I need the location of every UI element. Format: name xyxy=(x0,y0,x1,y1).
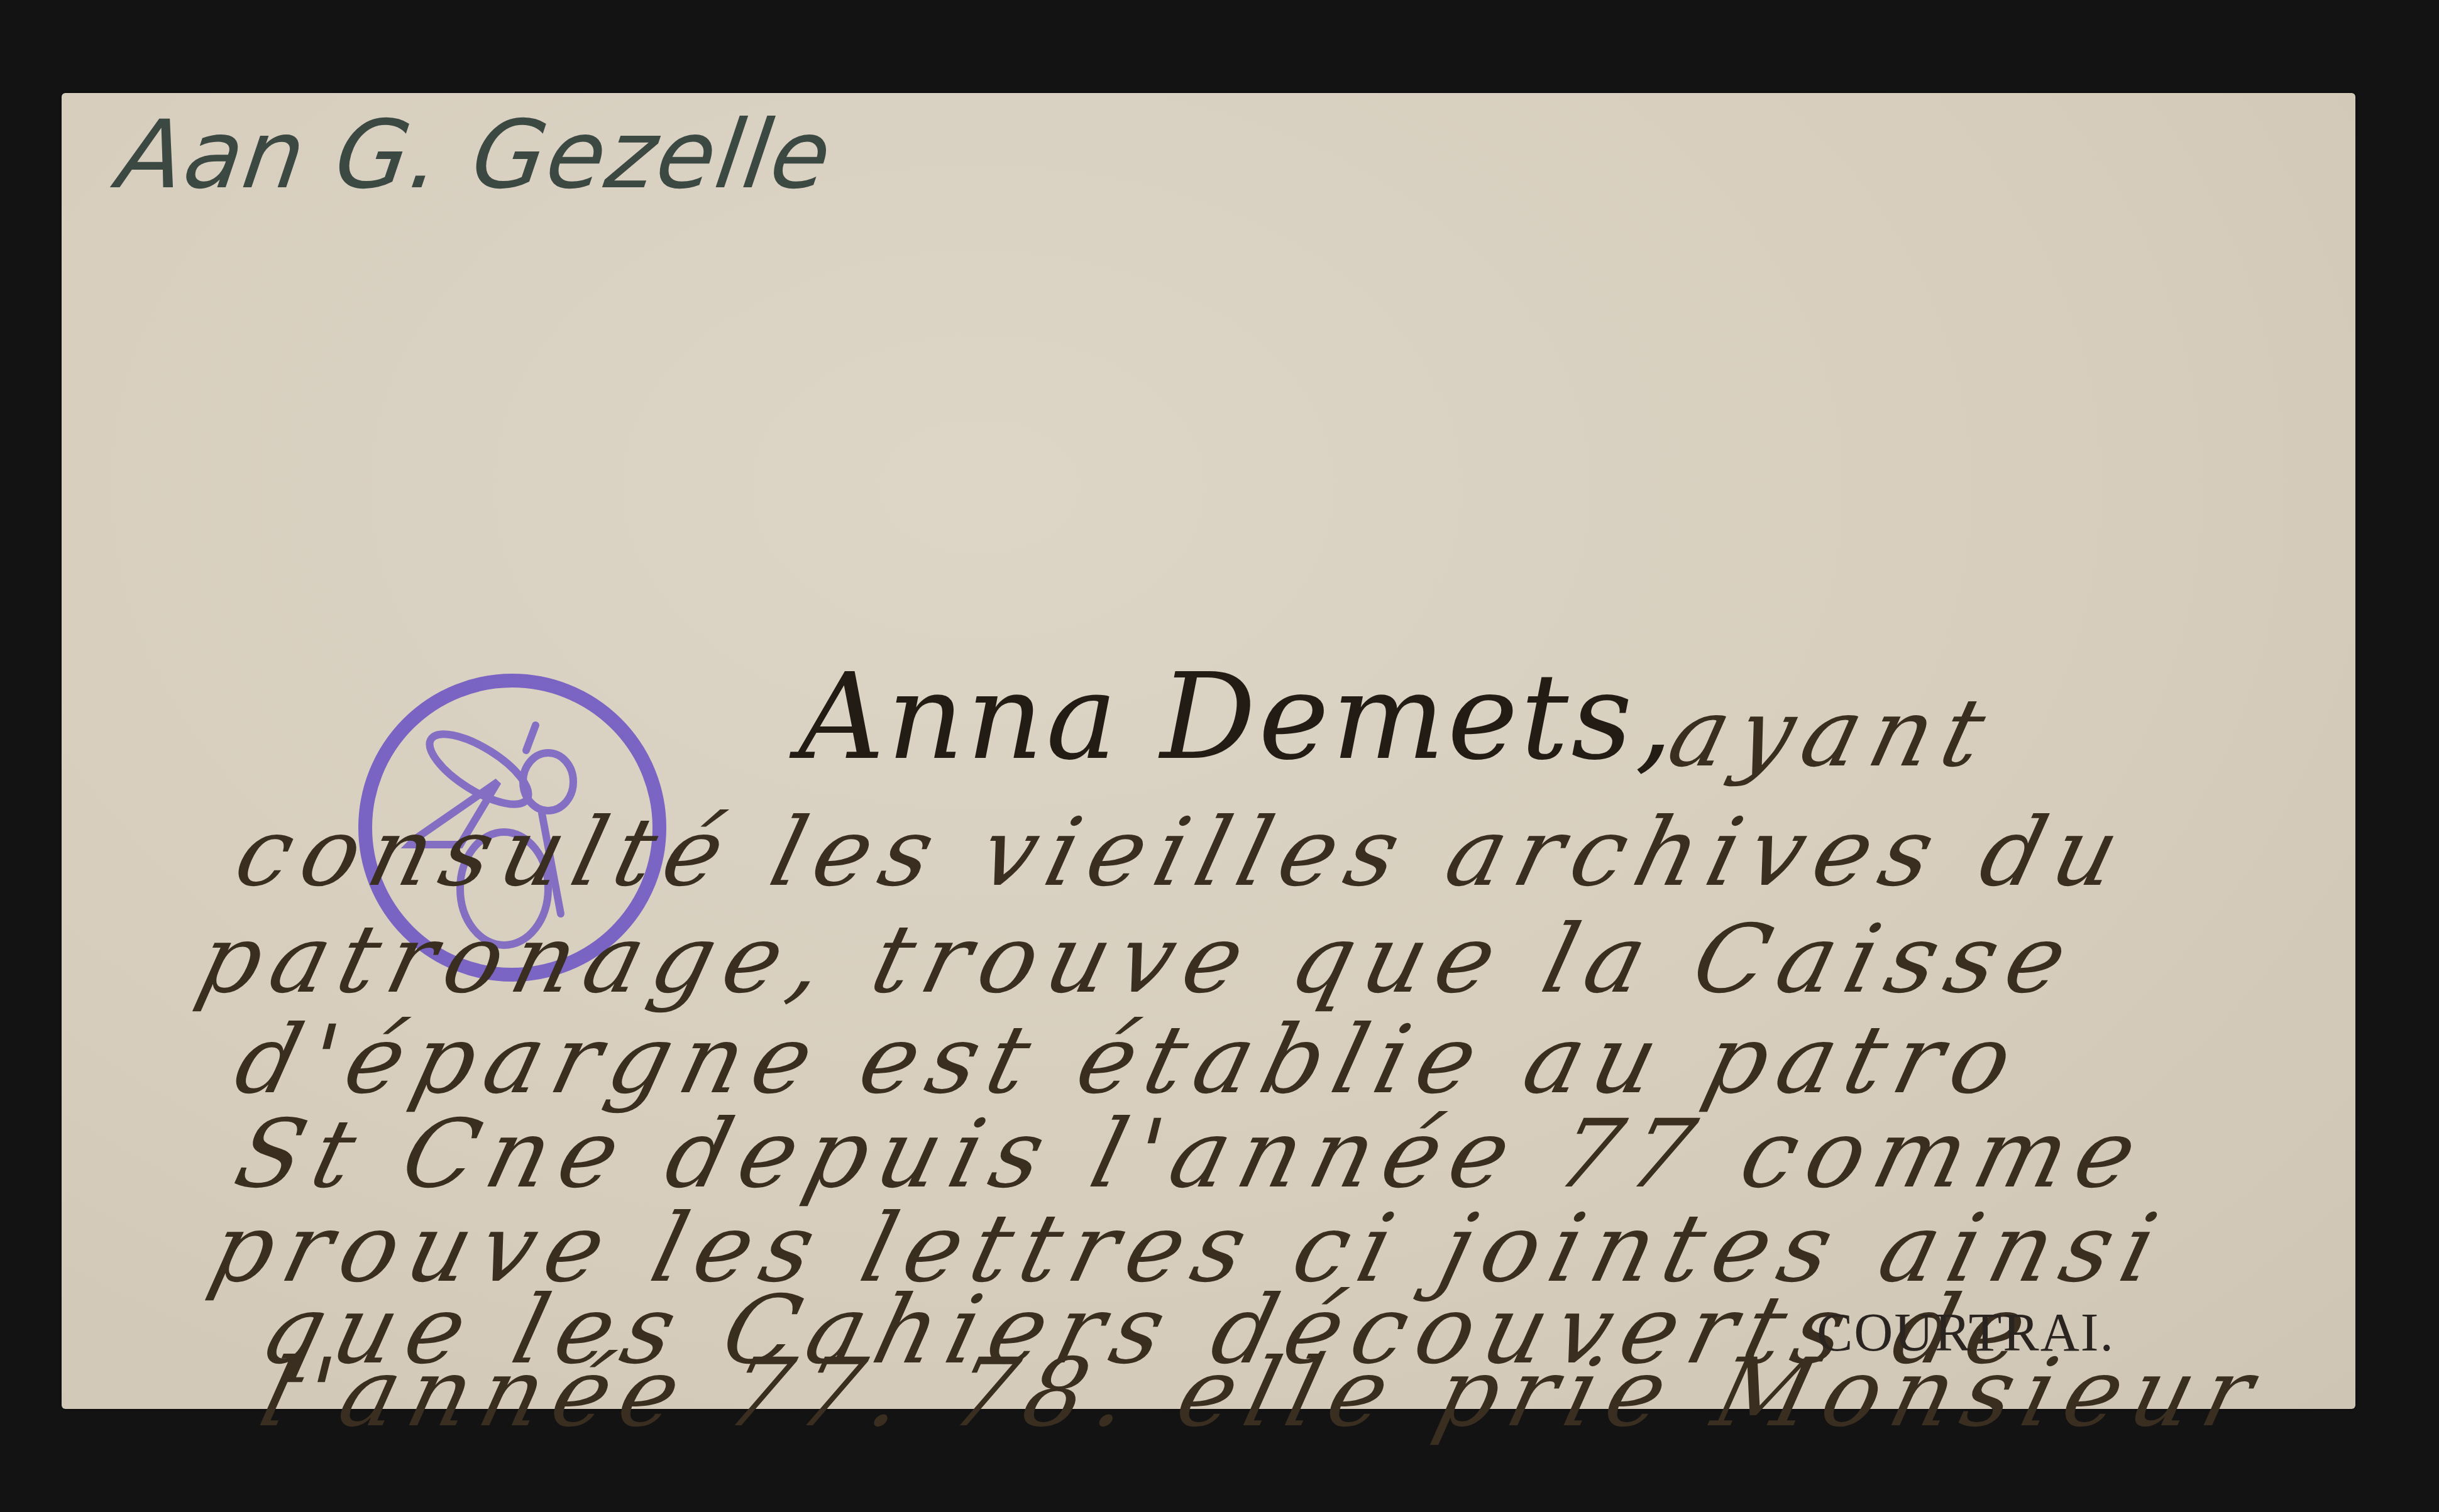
pencil-annotation: Aan G. Gezelle xyxy=(112,101,839,210)
handwritten-line-5: St Cne depuis l'année 77 comme xyxy=(225,1100,2158,1209)
handwritten-line-2: consulté les vieilles archives du xyxy=(225,798,2140,907)
printed-name: Anna Demets, xyxy=(798,647,1675,786)
handwritten-line-4: d'épargne est établie au patro xyxy=(225,1005,2034,1115)
handwritten-line-1: ayant xyxy=(1658,679,2007,788)
printed-location: COURTRAI. xyxy=(1817,1301,2115,1364)
handwritten-line-3: patronage, trouve que la Caisse xyxy=(187,905,2088,1014)
